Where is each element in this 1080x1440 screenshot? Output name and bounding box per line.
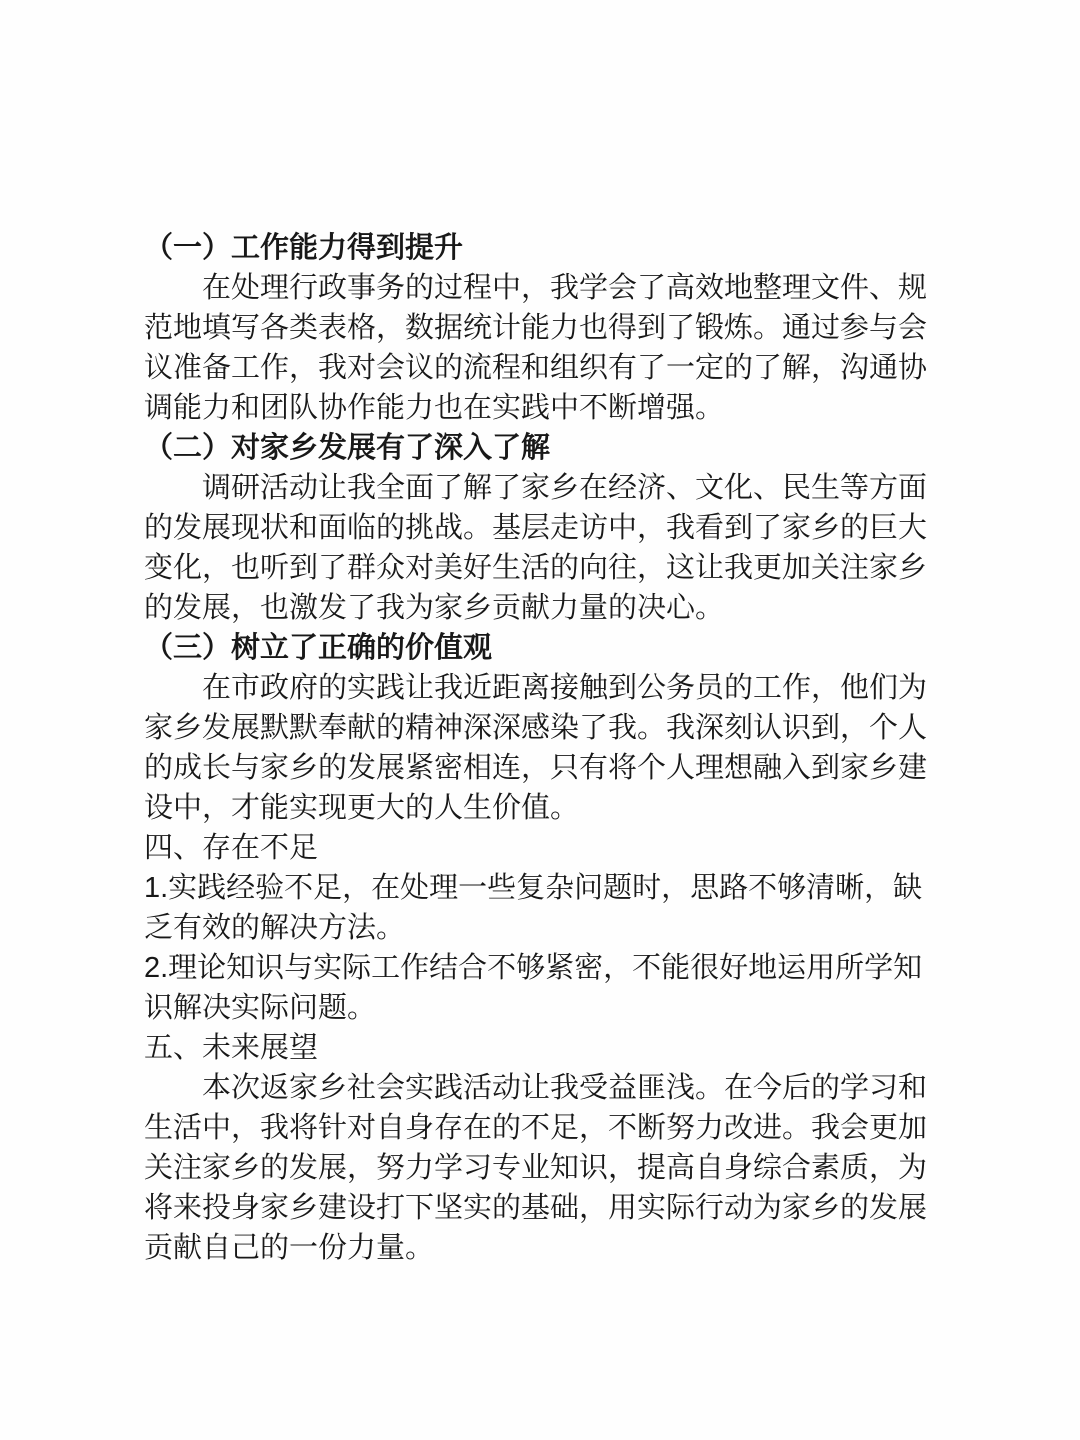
paragraph-work-ability: 在处理行政事务的过程中，我学会了高效地整理文件、规 范地填写各类表格，数据统计能… bbox=[144, 268, 956, 428]
subheading-work-ability: （一）工作能力得到提升 bbox=[144, 228, 956, 268]
list-item-shortcoming-2: 2.理论知识与实际工作结合不够紧密，不能很好地运用所学知 识解决实际问题。 bbox=[144, 948, 956, 1028]
section-heading-future-outlook: 五、未来展望 bbox=[144, 1028, 956, 1068]
paragraph-future-outlook: 本次返家乡社会实践活动让我受益匪浅。在今后的学习和 生活中，我将针对自身存在的不… bbox=[144, 1068, 956, 1268]
subheading-values: （三）树立了正确的价值观 bbox=[144, 628, 956, 668]
subheading-hometown-development: （二）对家乡发展有了深入了解 bbox=[144, 428, 956, 468]
list-item-shortcoming-1: 1.实践经验不足，在处理一些复杂问题时，思路不够清晰，缺 乏有效的解决方法。 bbox=[144, 868, 956, 948]
paragraph-values: 在市政府的实践让我近距离接触到公务员的工作，他们为 家乡发展默默奉献的精神深深感… bbox=[144, 668, 956, 828]
document-page: （一）工作能力得到提升 在处理行政事务的过程中，我学会了高效地整理文件、规 范地… bbox=[0, 0, 1080, 1440]
section-heading-shortcomings: 四、存在不足 bbox=[144, 828, 956, 868]
paragraph-hometown-development: 调研活动让我全面了解了家乡在经济、文化、民生等方面 的发展现状和面临的挑战。基层… bbox=[144, 468, 956, 628]
document-text-body: （一）工作能力得到提升 在处理行政事务的过程中，我学会了高效地整理文件、规 范地… bbox=[144, 228, 956, 1268]
